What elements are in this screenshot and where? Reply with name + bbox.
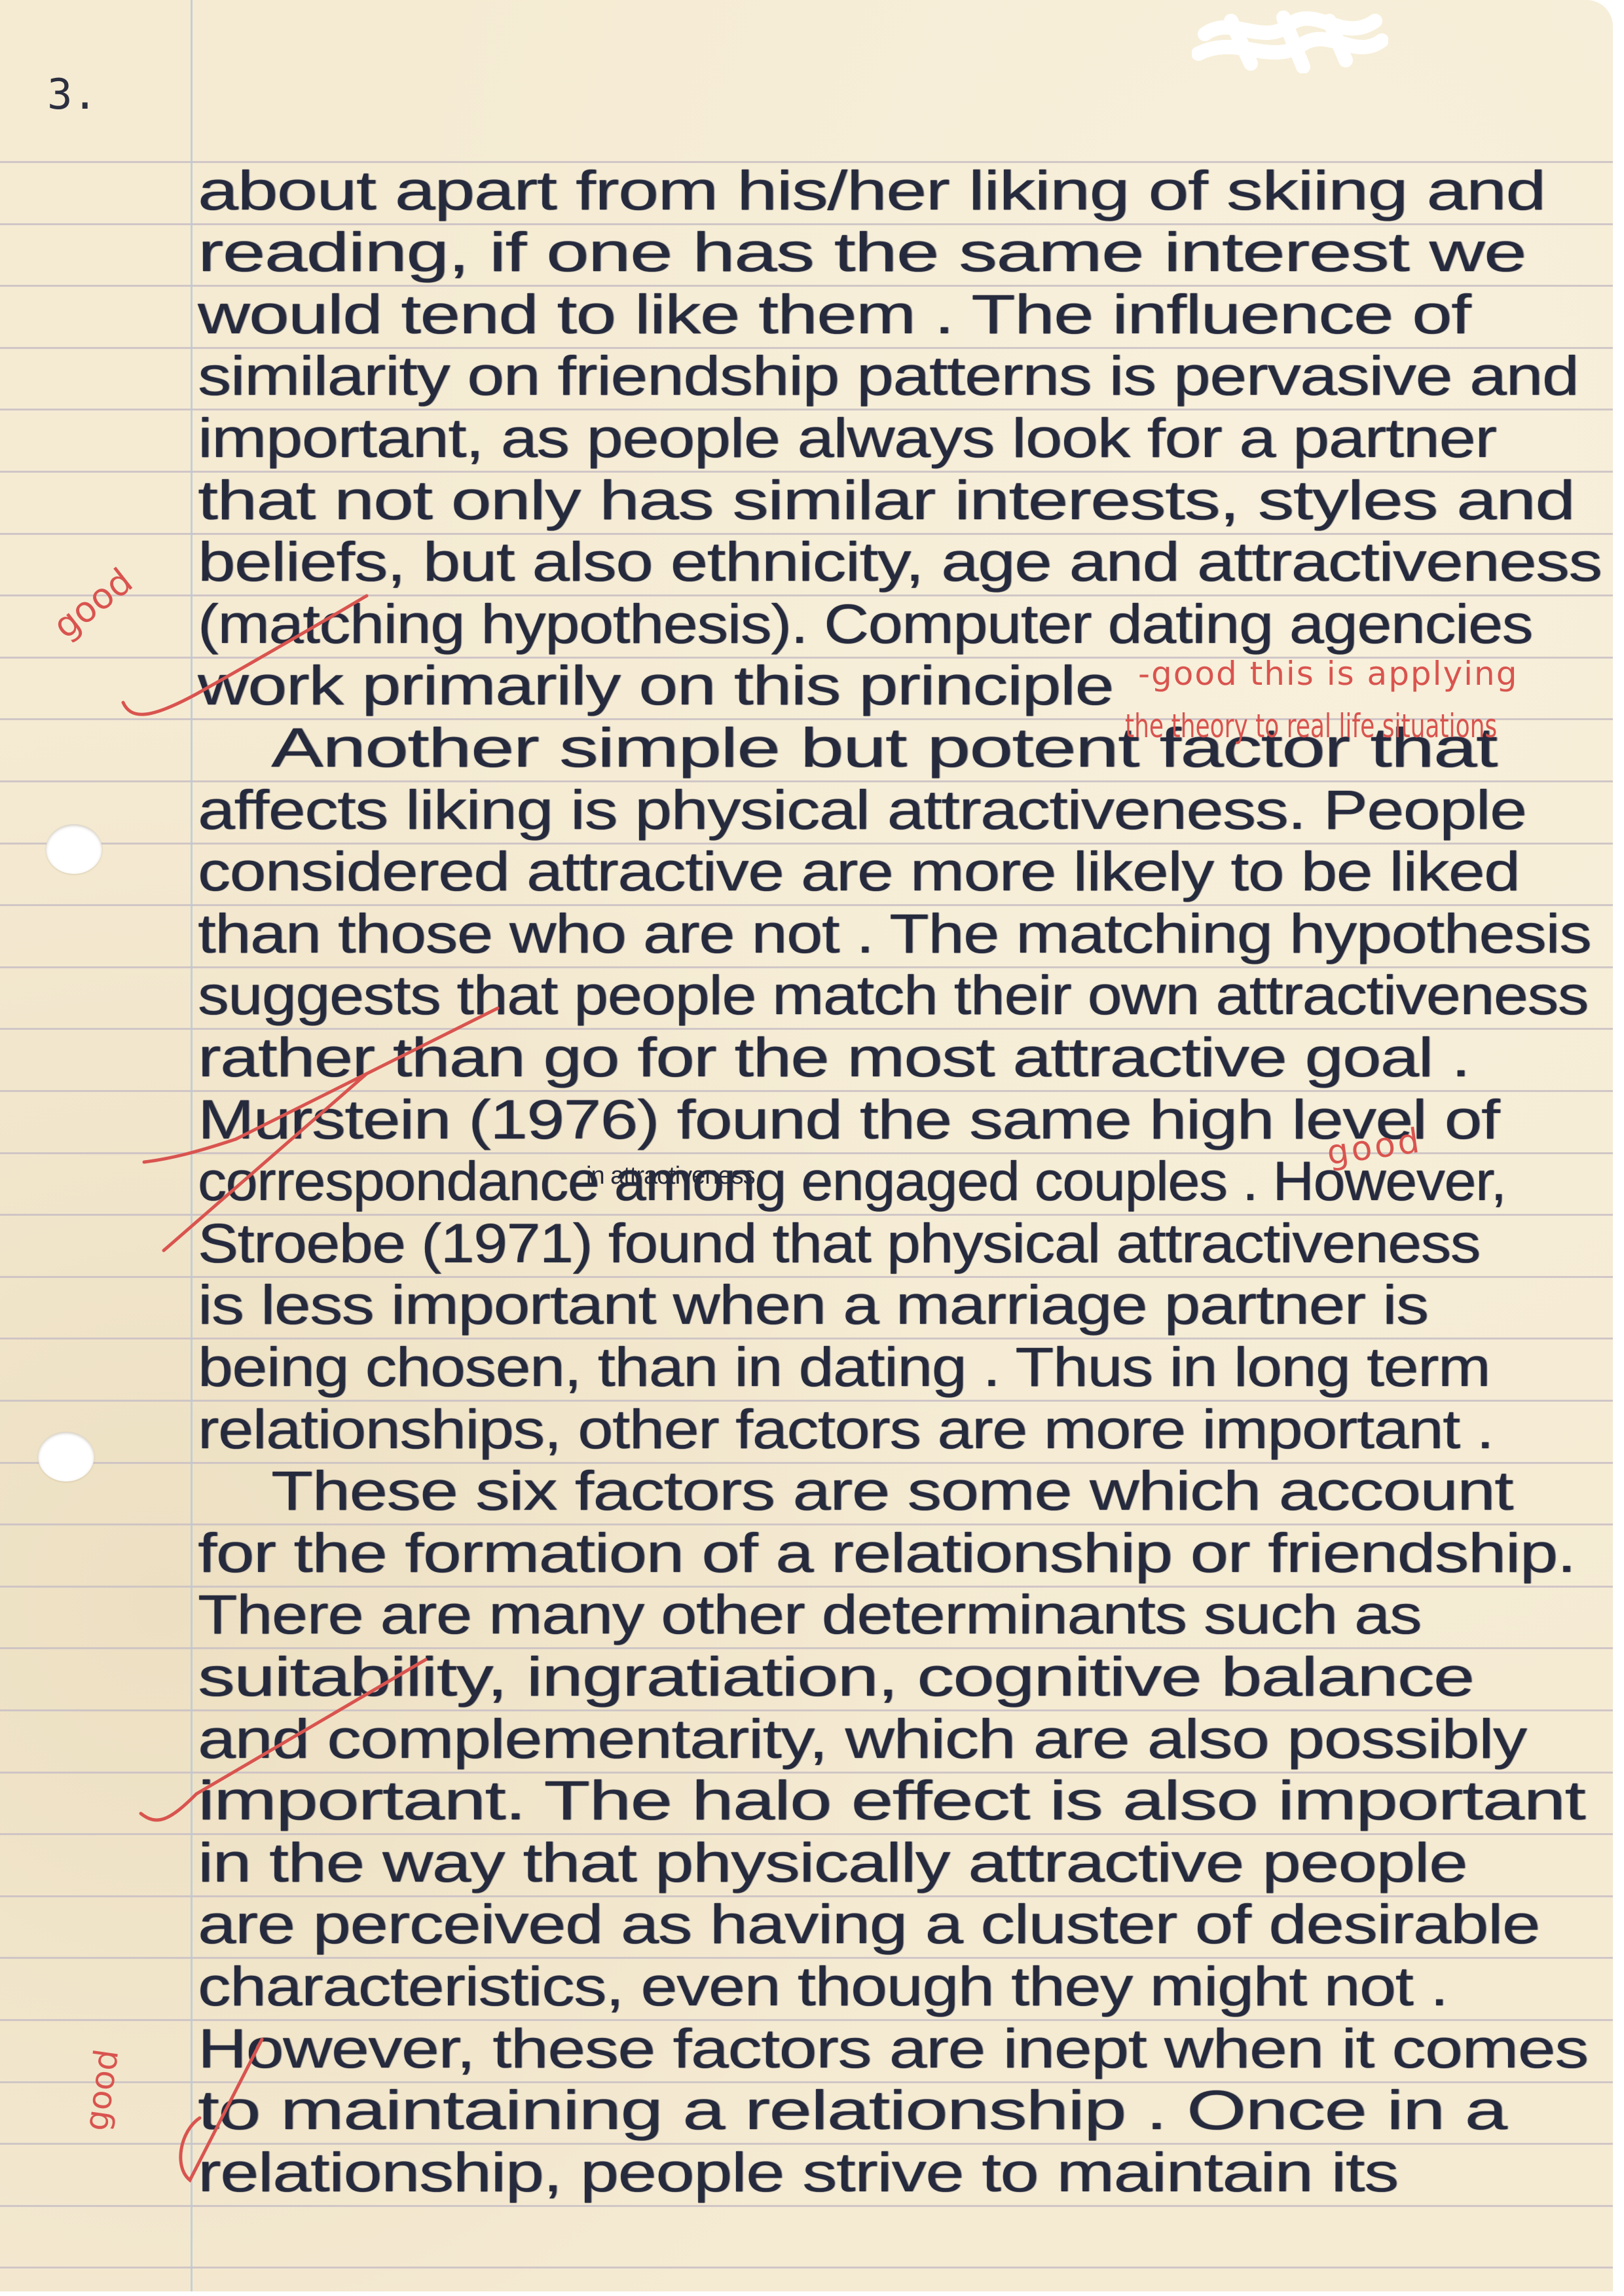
handwritten-line: However, these factors are inept when it… xyxy=(198,2021,1588,2086)
handwritten-line: Murstein (1976) found the same high leve… xyxy=(198,1092,1499,1157)
handwritten-line: suggests that people match their own att… xyxy=(198,968,1588,1033)
handwritten-line-text: similarity on friendship patterns is per… xyxy=(198,348,1578,403)
handwritten-line-text: that not only has similar interests, sty… xyxy=(198,473,1574,528)
handwritten-line-text: relationships, other factors are more im… xyxy=(198,1402,1493,1457)
page-number: 3. xyxy=(47,71,98,119)
inserted-text-caret: in attractiveness xyxy=(586,1162,755,1190)
handwritten-line-text: about apart from his/her liking of skiin… xyxy=(198,163,1545,218)
handwritten-line-text: rather than go for the most attractive g… xyxy=(198,1030,1469,1085)
margin-line xyxy=(191,0,193,2291)
handwritten-line: in the way that physically attractive pe… xyxy=(198,1835,1467,1901)
handwritten-line-text: than those who are not . The matching hy… xyxy=(198,906,1591,961)
handwritten-line: beliefs, but also ethnicity, age and att… xyxy=(198,534,1602,600)
handwritten-line-text: to maintaining a relationship . Once in … xyxy=(198,2083,1506,2138)
punch-hole-bottom xyxy=(38,1432,94,1482)
handwritten-line-text: correspondance among engaged couples . H… xyxy=(198,1154,1506,1209)
handwritten-line-text: considered attractive are more likely to… xyxy=(198,844,1519,899)
handwritten-line: that not only has similar interests, sty… xyxy=(198,473,1574,538)
handwritten-line-text: Murstein (1976) found the same high leve… xyxy=(198,1092,1499,1147)
handwritten-line: for the formation of a relationship or f… xyxy=(198,1525,1576,1591)
handwritten-line-text: work primarily on this principle xyxy=(198,658,1113,713)
punch-hole-top xyxy=(46,824,102,874)
handwritten-line-text: important, as people always look for a p… xyxy=(198,410,1496,465)
handwritten-line: (matching hypothesis). Computer dating a… xyxy=(198,596,1532,662)
handwritten-line: considered attractive are more likely to… xyxy=(198,844,1519,909)
handwritten-line: and complementarity, which are also poss… xyxy=(198,1711,1526,1777)
handwritten-line-text: These six factors are some which account xyxy=(271,1463,1513,1518)
handwritten-line: important. The halo effect is also impor… xyxy=(198,1773,1585,1838)
handwritten-line: reading, if one has the same interest we xyxy=(198,225,1526,290)
handwritten-line: are perceived as having a cluster of des… xyxy=(198,1897,1540,1962)
handwritten-line: similarity on friendship patterns is per… xyxy=(198,348,1578,414)
handwritten-line: rather than go for the most attractive g… xyxy=(198,1030,1469,1095)
handwritten-line-text: for the formation of a relationship or f… xyxy=(198,1525,1576,1580)
handwritten-line-text: characteristics, even though they might … xyxy=(198,1959,1448,2014)
handwritten-line-text: suitability, ingratiation, cognitive bal… xyxy=(198,1649,1473,1704)
handwritten-line: characteristics, even though they might … xyxy=(198,1959,1448,2024)
handwritten-line: relationships, other factors are more im… xyxy=(198,1402,1493,1467)
ruled-line xyxy=(0,2267,1613,2269)
handwritten-line: being chosen, than in dating . Thus in l… xyxy=(198,1339,1490,1405)
handwritten-line: would tend to like them . The influence … xyxy=(198,287,1470,352)
handwritten-line: correspondance among engaged couples . H… xyxy=(198,1154,1506,1219)
handwritten-line-text: and complementarity, which are also poss… xyxy=(198,1711,1526,1766)
handwritten-line-text: is less important when a marriage partne… xyxy=(198,1277,1428,1332)
handwritten-line: to maintaining a relationship . Once in … xyxy=(198,2083,1506,2148)
handwritten-line-text: beliefs, but also ethnicity, age and att… xyxy=(198,534,1602,589)
handwritten-line: is less important when a marriage partne… xyxy=(198,1277,1428,1343)
teacher-comment-line-1: -good this is applying xyxy=(1138,655,1518,693)
handwritten-line-text: are perceived as having a cluster of des… xyxy=(198,1897,1540,1952)
handwritten-line: important, as people always look for a p… xyxy=(198,410,1496,476)
handwritten-line-text: Stroebe (1971) found that physical attra… xyxy=(198,1216,1480,1271)
teacher-comment-line-2: the theory to real life situations xyxy=(1125,707,1497,745)
handwritten-line-text: relationship, people strive to maintain … xyxy=(198,2145,1398,2200)
handwritten-line-text: affects liking is physical attractivenes… xyxy=(198,782,1526,837)
handwritten-line-text: would tend to like them . The influence … xyxy=(198,287,1470,342)
handwritten-line: suitability, ingratiation, cognitive bal… xyxy=(198,1649,1473,1715)
handwritten-line: affects liking is physical attractivenes… xyxy=(198,782,1526,848)
handwritten-line-text: in the way that physically attractive pe… xyxy=(198,1835,1467,1890)
handwritten-line: relationship, people strive to maintain … xyxy=(198,2145,1398,2210)
handwritten-line-text: However, these factors are inept when it… xyxy=(198,2021,1588,2076)
handwritten-line-text: being chosen, than in dating . Thus in l… xyxy=(198,1339,1490,1394)
handwritten-line-text: important. The halo effect is also impor… xyxy=(198,1773,1585,1828)
handwritten-line: Stroebe (1971) found that physical attra… xyxy=(198,1216,1480,1281)
handwritten-line-text: There are many other determinants such a… xyxy=(198,1587,1421,1642)
handwritten-line: than those who are not . The matching hy… xyxy=(198,906,1591,972)
handwritten-line-text: reading, if one has the same interest we xyxy=(198,225,1526,280)
handwritten-line-text: (matching hypothesis). Computer dating a… xyxy=(198,596,1532,651)
handwritten-line: These six factors are some which account xyxy=(271,1463,1513,1529)
handwritten-line: There are many other determinants such a… xyxy=(198,1587,1421,1652)
redacted-header-scribble xyxy=(1192,8,1388,73)
handwritten-line-text: suggests that people match their own att… xyxy=(198,968,1588,1023)
handwritten-line: work primarily on this principle xyxy=(198,658,1113,723)
handwritten-line: about apart from his/her liking of skiin… xyxy=(198,163,1545,228)
